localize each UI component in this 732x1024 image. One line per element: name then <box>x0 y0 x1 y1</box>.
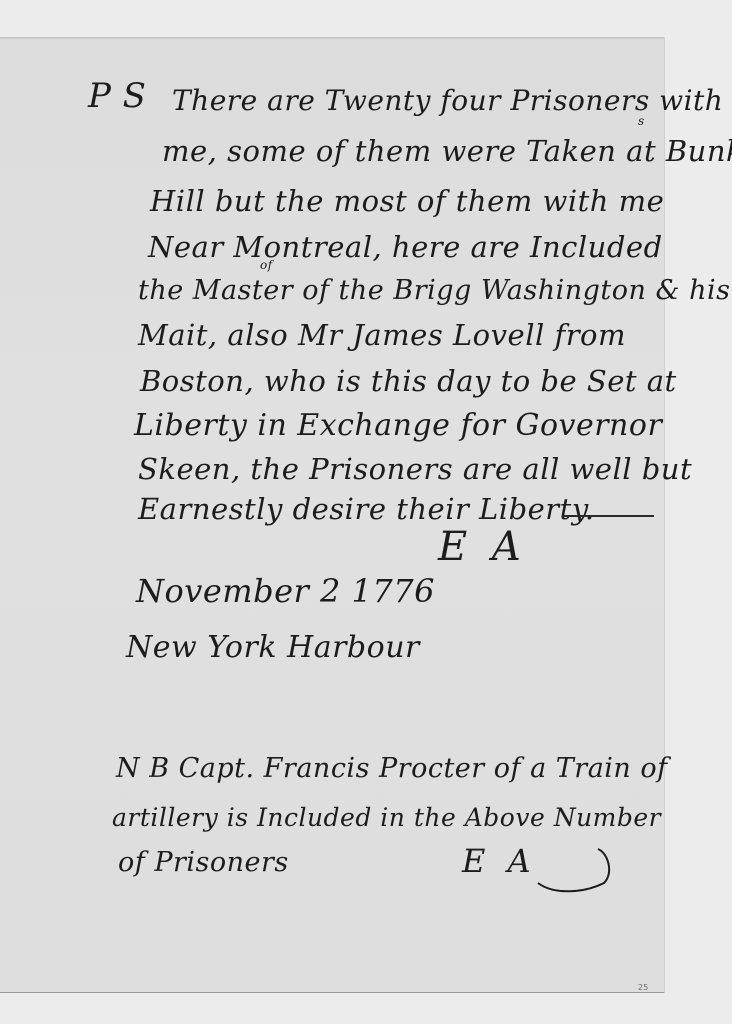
letter-line-7: Boston, who is this day to be Set at <box>140 367 677 396</box>
letter-line-5: the Master of the Brigg Washington & his <box>138 277 731 304</box>
signature-flourish-icon <box>534 843 614 903</box>
letter-place: New York Harbour <box>126 633 420 663</box>
letter-line-4: Near Montreal, here are Included <box>148 233 663 262</box>
page-number: 25 <box>638 983 648 992</box>
letter-line-3: Hill but the most of them with me <box>150 187 664 216</box>
nb-line-1: N B Capt. Francis Procter of a Train of <box>116 755 668 782</box>
letter-line-1: There are Twenty four Prisoners with <box>172 87 723 115</box>
postscript-label: P S <box>88 79 146 113</box>
letter-line-2-insertion: s <box>638 115 645 127</box>
nb-line-2: artillery is Included in the Above Numbe… <box>112 805 661 830</box>
letter-line-8: Liberty in Exchange for Governor <box>134 411 662 441</box>
paper-sheet: P S There are Twenty four Prisoners with… <box>0 37 664 993</box>
signature-initials-1: E A <box>438 527 527 567</box>
letter-line-10: Earnestly desire their Liberty. <box>138 495 595 524</box>
signature-initials-2: E A <box>462 845 537 877</box>
letter-line-5-insertion: of <box>260 259 273 271</box>
letter-line-2: me, some of them were Taken at Bunker <box>162 137 732 166</box>
letter-line-9: Skeen, the Prisoners are all well but <box>138 455 692 484</box>
document-scan: P S There are Twenty four Prisoners with… <box>0 0 732 1024</box>
letter-date: November 2 1776 <box>136 575 435 607</box>
nb-line-3: of Prisoners <box>118 849 289 876</box>
letter-line-6: Mait, also Mr James Lovell from <box>138 321 626 350</box>
closing-dash <box>562 515 654 517</box>
